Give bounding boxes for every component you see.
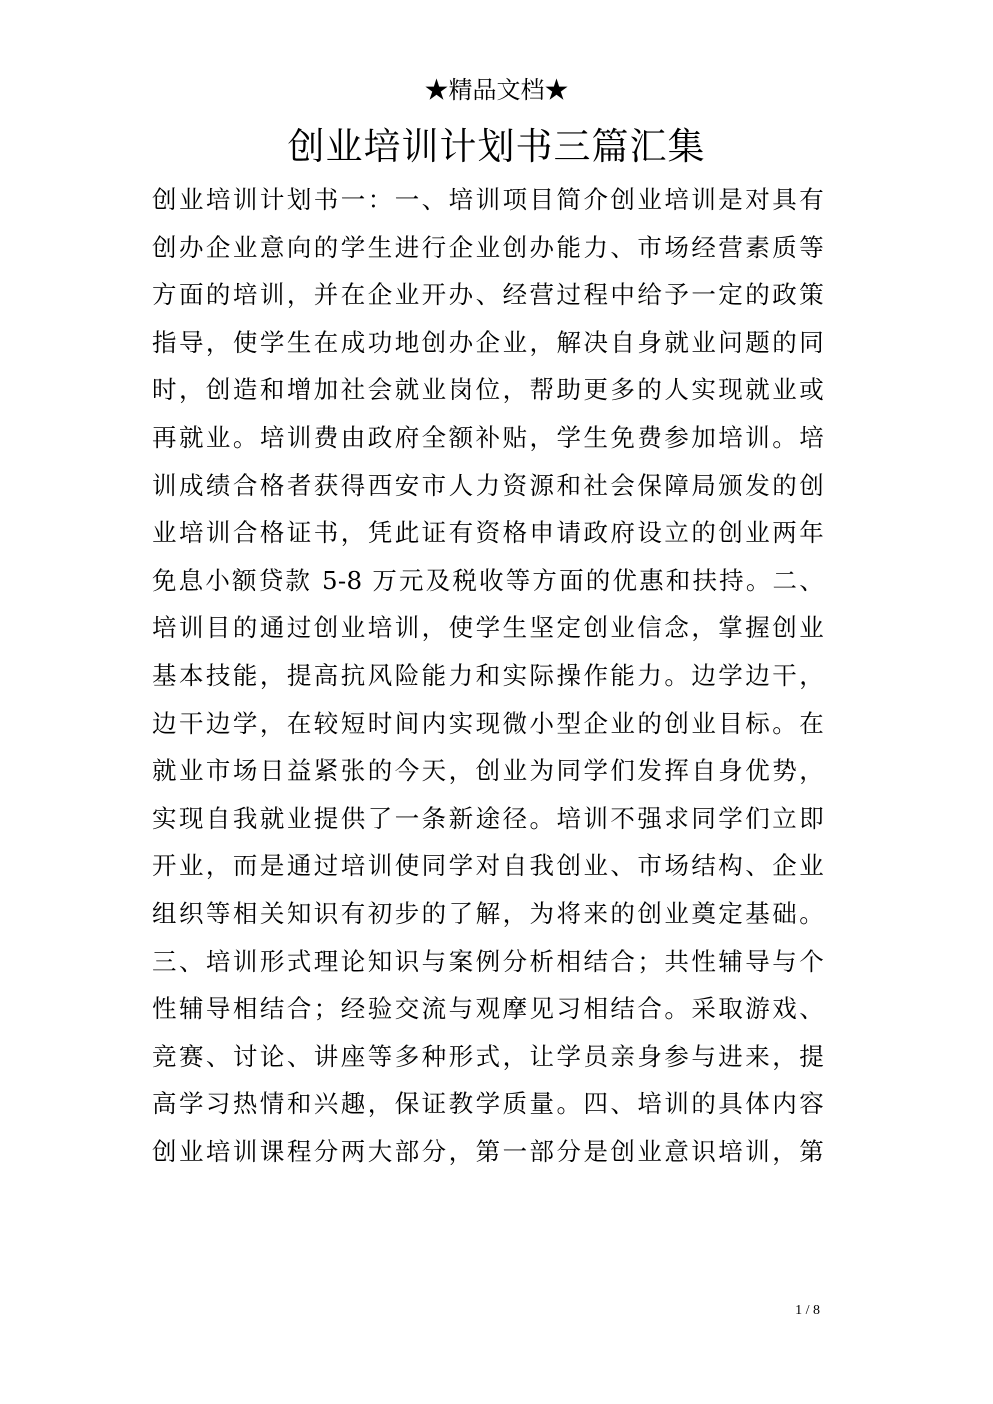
body-line: 创业培训计划书一：一、培训项目简介创业培训是对具有: [152, 176, 824, 224]
document-body: 创业培训计划书一：一、培训项目简介创业培训是对具有 创办企业意向的学生进行企业创…: [152, 176, 824, 1175]
body-line: 三、培训形式理论知识与案例分析相结合；共性辅导与个: [152, 938, 824, 986]
body-line: 创办企业意向的学生进行企业创办能力、市场经营素质等: [152, 224, 824, 272]
body-line: 免息小额贷款 5-8 万元及税收等方面的优惠和扶持。二、: [152, 557, 824, 605]
document-header-mark: ★精品文档★: [0, 74, 993, 106]
document-title: 创业培训计划书三篇汇集: [0, 122, 993, 172]
body-line: 再就业。培训费由政府全额补贴，学生免费参加培训。培: [152, 414, 824, 462]
body-line: 创业培训课程分两大部分，第一部分是创业意识培训，第: [152, 1128, 824, 1176]
body-line: 开业，而是通过培训使同学对自我创业、市场结构、企业: [152, 842, 824, 890]
body-line: 组织等相关知识有初步的了解，为将来的创业奠定基础。: [152, 890, 824, 938]
body-line: 高学习热情和兴趣，保证教学质量。四、培训的具体内容: [152, 1080, 824, 1128]
body-line: 培训目的通过创业培训，使学生坚定创业信念，掌握创业: [152, 604, 824, 652]
body-line: 基本技能，提高抗风险能力和实际操作能力。边学边干，: [152, 652, 824, 700]
body-line: 时，创造和增加社会就业岗位，帮助更多的人实现就业或: [152, 366, 824, 414]
body-line: 就业市场日益紧张的今天，创业为同学们发挥自身优势，: [152, 747, 824, 795]
body-line: 指导，使学生在成功地创办企业，解决自身就业问题的同: [152, 319, 824, 367]
body-line: 训成绩合格者获得西安市人力资源和社会保障局颁发的创: [152, 462, 824, 510]
body-line: 性辅导相结合；经验交流与观摩见习相结合。采取游戏、: [152, 985, 824, 1033]
body-line: 实现自我就业提供了一条新途径。培训不强求同学们立即: [152, 795, 824, 843]
page-number: 1 / 8: [770, 1302, 820, 1320]
body-line: 竞赛、讨论、讲座等多种形式，让学员亲身参与进来，提: [152, 1033, 824, 1081]
body-line: 方面的培训，并在企业开办、经营过程中给予一定的政策: [152, 271, 824, 319]
body-line: 边干边学，在较短时间内实现微小型企业的创业目标。在: [152, 700, 824, 748]
body-line: 业培训合格证书，凭此证有资格申请政府设立的创业两年: [152, 509, 824, 557]
